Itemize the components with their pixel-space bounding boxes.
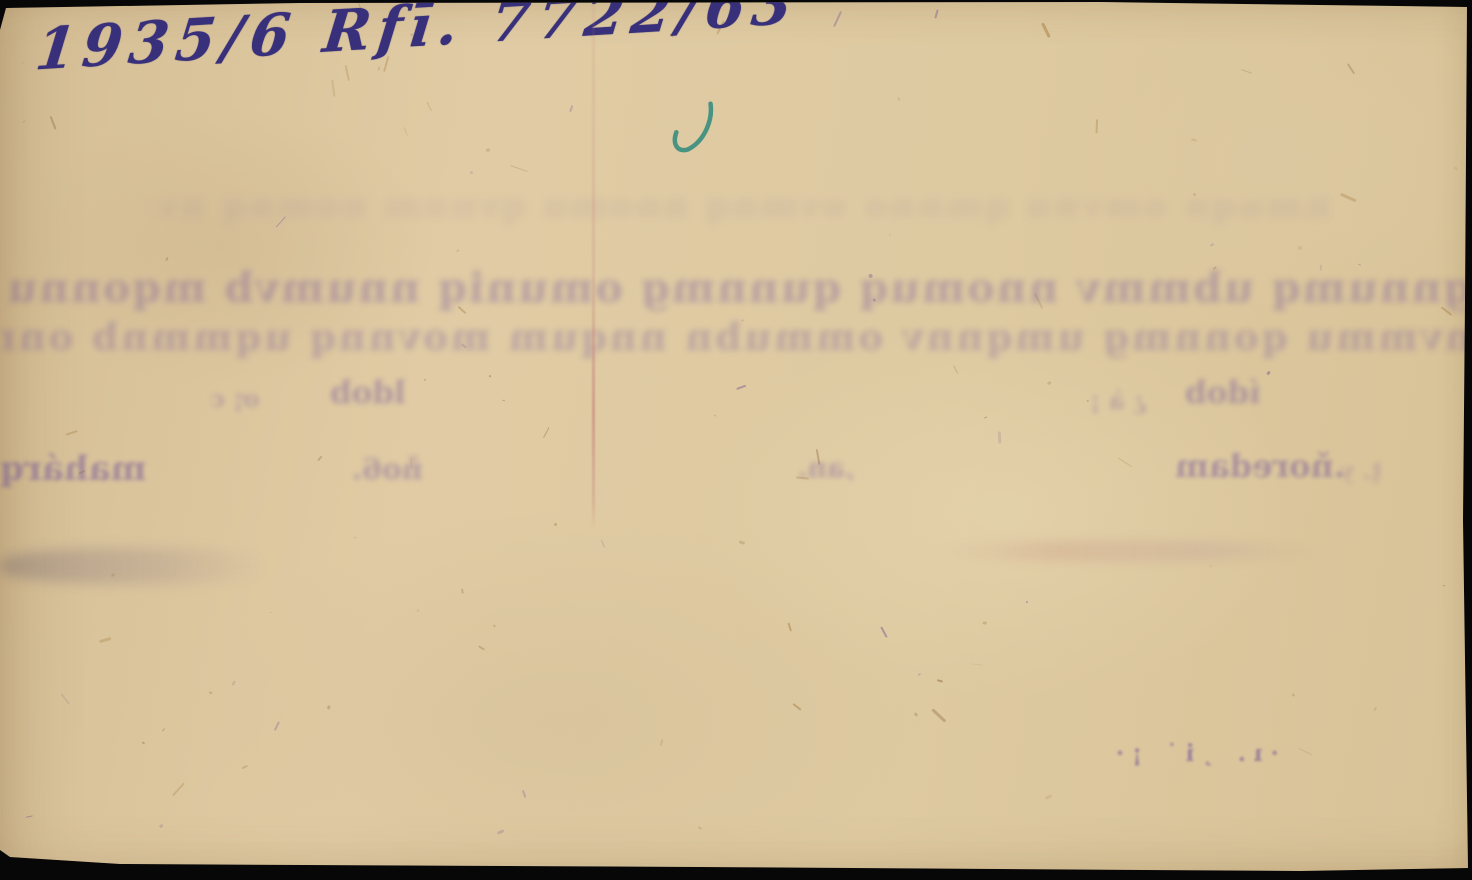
bleed-text: ldob <box>330 375 406 411</box>
scanner-background: 1935/6 Rfī. 7722/63 nmuqn omvnu qmnno uv… <box>0 0 1472 880</box>
ink-smudge <box>940 540 1320 562</box>
bleed-text: ơ¡ c <box>210 384 260 413</box>
fold-crease-line <box>592 0 595 530</box>
checkmark-icon <box>667 96 719 158</box>
document-card: 1935/6 Rfī. 7722/63 nmuqn omvnu qmnno uv… <box>0 0 1472 880</box>
bleed-text: mahárq <box>0 449 146 489</box>
handwritten-reference: 1935/6 Rfī. 7722/63 <box>29 0 739 117</box>
bleed-band-top: gnnumq ubmmv nnomuq qunnmg omuniq nnumvb… <box>0 264 1472 312</box>
bleed-band-middle: nvmmu qonnmg umqnnv ommubn nnqum movnnq … <box>0 315 1472 359</box>
stamp-remnant: ·ı. ¸i˙ ¡· <box>1108 740 1279 767</box>
bleed-text: ‚an. <box>798 453 854 484</box>
bleed-text: ídob <box>1185 375 1261 411</box>
ink-smudge <box>0 548 265 584</box>
bleed-text: ţ. y <box>1340 456 1382 485</box>
bleed-text: .ňoredam <box>1175 447 1345 485</box>
bleed-text: ¿ à ¡ <box>1090 386 1147 415</box>
bleed-text: ňo6. <box>352 452 423 486</box>
bleed-ghost-band: nmuqn omvnu qmnno uvmnq nnomu qvnnm uomn… <box>150 186 1330 226</box>
